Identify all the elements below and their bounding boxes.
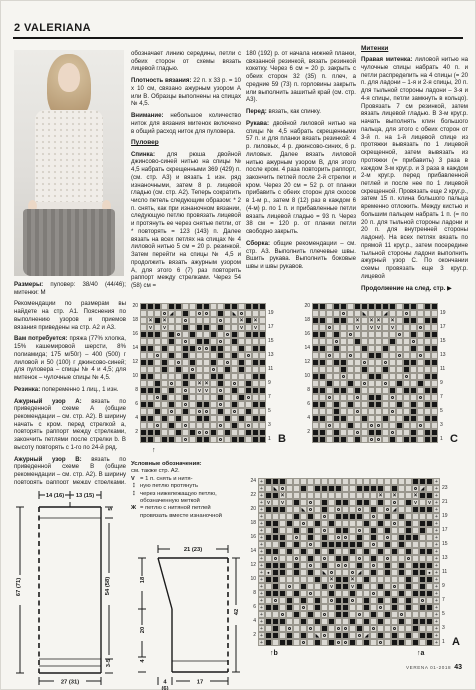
chart-cell [224, 436, 231, 443]
chart-cell: V [375, 324, 382, 331]
chart-cell [168, 303, 175, 310]
chart-cell [426, 520, 433, 527]
chart-cell [398, 506, 405, 513]
chart-cell [231, 373, 238, 380]
chart-cell [210, 324, 217, 331]
chart-cell: + [258, 576, 265, 583]
chart-cell [321, 541, 328, 548]
chart-cell [245, 338, 252, 345]
chart-cell [319, 422, 326, 429]
chart-cell [349, 478, 356, 485]
chart-cell [389, 352, 396, 359]
chart-cell [398, 513, 405, 520]
chart-cell: + [433, 534, 440, 541]
chart-cell [224, 422, 231, 429]
chart-cell [370, 520, 377, 527]
chart-cell [231, 429, 238, 436]
chart-cell [405, 527, 412, 534]
chart-cell [356, 590, 363, 597]
dim-shoulder: 14 (16) [46, 493, 64, 499]
chart-cell [410, 380, 417, 387]
chart-cell [326, 436, 333, 443]
chart-cell [326, 310, 333, 317]
chart-cell [182, 436, 189, 443]
chart-cell [391, 583, 398, 590]
chart-cell [398, 492, 405, 499]
chart-cell [347, 366, 354, 373]
chart-cell [377, 534, 384, 541]
chart-cell [328, 506, 335, 513]
chart-cell [384, 492, 391, 499]
chart-cell [286, 541, 293, 548]
chart-cell [361, 380, 368, 387]
chart-cell [370, 548, 377, 555]
chart-cell [286, 639, 293, 646]
chart-cell [286, 513, 293, 520]
chart-cell: + [258, 639, 265, 646]
chart-cell [391, 569, 398, 576]
chart-cell [217, 338, 224, 345]
chart-cell [259, 387, 266, 394]
chart-cell [335, 492, 342, 499]
chart-cell: + [258, 632, 265, 639]
chart-cell [398, 597, 405, 604]
chart-cell [396, 408, 403, 415]
chart-cell [349, 632, 356, 639]
chart-cell [182, 310, 189, 317]
chart-cell [161, 429, 168, 436]
chart-cell [419, 639, 426, 646]
chart-cell [321, 618, 328, 625]
chart-cell [259, 436, 266, 443]
chart-cell [405, 639, 412, 646]
chart-cell [245, 317, 252, 324]
chart-cell [333, 394, 340, 401]
chart-cell [377, 618, 384, 625]
chart-cell [340, 352, 347, 359]
paragraph-attention: Внимание: небольшое количество ниток для… [131, 112, 241, 135]
legend-line: ⋮ную петлю протянуть [131, 483, 244, 490]
chart-cell [147, 310, 154, 317]
chart-cell [314, 576, 321, 583]
chart-cell [300, 618, 307, 625]
chart-cell [168, 380, 175, 387]
chart-cell [245, 324, 252, 331]
chart-cell [403, 380, 410, 387]
chart-cell [417, 324, 424, 331]
chart-cell [382, 345, 389, 352]
chart-cell [312, 338, 319, 345]
dim-sleeve-bottom-left2: (6) [161, 686, 168, 690]
chart-cell [403, 359, 410, 366]
chart-label-b: B [278, 433, 286, 445]
chart-cell: + [258, 569, 265, 576]
chart-cell: ● [265, 569, 272, 576]
chart-cell [389, 387, 396, 394]
chart-cell [224, 394, 231, 401]
chart-cell [245, 415, 252, 422]
chart-cell [361, 394, 368, 401]
chart-cell: ● [426, 569, 433, 576]
chart-cell [419, 583, 426, 590]
chart-cell [375, 408, 382, 415]
chart-cell [349, 527, 356, 534]
chart-cell [431, 310, 438, 317]
chart-cell [403, 352, 410, 359]
chart-cell [333, 408, 340, 415]
chart-cell [231, 415, 238, 422]
chart-cell [384, 604, 391, 611]
chart-cell: ◢ [391, 506, 398, 513]
chart-cell [342, 604, 349, 611]
chart-cell [335, 506, 342, 513]
chart-cell [377, 576, 384, 583]
chart-cell [203, 408, 210, 415]
chart-cell [245, 401, 252, 408]
chart-cell [424, 429, 431, 436]
chart-cell [412, 485, 419, 492]
chart-cell [340, 359, 347, 366]
chart-cell [410, 331, 417, 338]
chart-cell [286, 604, 293, 611]
chart-cell [175, 366, 182, 373]
chart-cell [140, 338, 147, 345]
chart-cell [391, 639, 398, 646]
chart-cell [389, 380, 396, 387]
chart-cell [377, 604, 384, 611]
chart-cell [154, 317, 161, 324]
legend-symbol [131, 513, 140, 520]
chart-cell [252, 408, 259, 415]
chart-cell [347, 415, 354, 422]
chart-cell [356, 583, 363, 590]
chart-cell [154, 366, 161, 373]
chart-cell [217, 415, 224, 422]
chart-cell [419, 520, 426, 527]
chart-cell [333, 303, 340, 310]
chart-cell [342, 541, 349, 548]
chart-cell [419, 548, 426, 555]
chart-cell [347, 345, 354, 352]
chart-cell [321, 485, 328, 492]
chart-cell [333, 415, 340, 422]
chart-cell [396, 436, 403, 443]
chart-cell [196, 345, 203, 352]
chart-cell [203, 401, 210, 408]
chart-cell [279, 618, 286, 625]
chart-cell [272, 639, 279, 646]
chart-cell [426, 597, 433, 604]
chart-cell [340, 394, 347, 401]
chart-cell [398, 583, 405, 590]
chart-cell [314, 604, 321, 611]
chart-cell [259, 310, 266, 317]
rapport-arrow: ↑ [152, 447, 156, 454]
chart-cell [349, 492, 356, 499]
chart-cell [217, 387, 224, 394]
chart-cell [175, 380, 182, 387]
chart-cell [293, 639, 300, 646]
chart-cell [265, 527, 272, 534]
chart-cell [300, 590, 307, 597]
chart-cell [286, 597, 293, 604]
chart-cell [189, 359, 196, 366]
chart-cell [231, 401, 238, 408]
chart-cell [398, 555, 405, 562]
paragraph-sizes: Размеры: пуловер: 38/40 (44/46); митенки… [14, 281, 126, 296]
magazine-page: 2 VALERIANA Размеры: пуловер: 38/40 (44/… [0, 0, 476, 690]
chart-cell [335, 632, 342, 639]
chart-cell [182, 429, 189, 436]
chart-cell: × [196, 380, 203, 387]
chart-cell [272, 583, 279, 590]
chart-cell [424, 366, 431, 373]
chart-cell [217, 366, 224, 373]
dim-width: 27 (31) [61, 680, 79, 686]
chart-cell [335, 555, 342, 562]
magazine-name: VERENA 01-2018 [406, 665, 451, 670]
chart-cell [342, 534, 349, 541]
chart-cell [349, 562, 356, 569]
chart-cell [340, 324, 347, 331]
chart-cell [389, 331, 396, 338]
chart-cell [384, 513, 391, 520]
chart-cell [182, 366, 189, 373]
chart-cell [252, 436, 259, 443]
chart-cell: + [258, 604, 265, 611]
chart-cell [319, 429, 326, 436]
chart-cell [403, 415, 410, 422]
chart-cell: × [238, 317, 245, 324]
chart-cell [363, 485, 370, 492]
chart-cell [356, 520, 363, 527]
chart-cell [410, 373, 417, 380]
chart-cell [333, 345, 340, 352]
chart-cell: ◢ [363, 632, 370, 639]
chart-cell [265, 639, 272, 646]
chart-cell [396, 359, 403, 366]
chart-cell [279, 555, 286, 562]
chart-cell [286, 548, 293, 555]
chart-cell [356, 534, 363, 541]
chart-cell [182, 408, 189, 415]
chart-cell [252, 422, 259, 429]
chart-cell [412, 576, 419, 583]
chart-cell [349, 618, 356, 625]
chart-cell [384, 534, 391, 541]
chart-cell [161, 408, 168, 415]
chart-cell: ◣ [272, 485, 279, 492]
chart-cell: × [377, 492, 384, 499]
chart-cell [340, 401, 347, 408]
chart-cell [342, 506, 349, 513]
chart-cell [175, 373, 182, 380]
chart-cell [307, 576, 314, 583]
chart-cell [389, 429, 396, 436]
chart-cell [300, 492, 307, 499]
chart-cell [168, 436, 175, 443]
schematic-body: 14 (16) 13 (15) 67 (71) 5 54 (58) 3-5 27… [6, 487, 131, 687]
chart-cell [363, 534, 370, 541]
chart-cell [368, 310, 375, 317]
chart-cell [161, 387, 168, 394]
chart-cell [328, 548, 335, 555]
chart-cell [321, 492, 328, 499]
chart-cell [140, 317, 147, 324]
chart-cell [210, 359, 217, 366]
chart-cell [384, 597, 391, 604]
chart-cell [349, 625, 356, 632]
chart-cell [314, 485, 321, 492]
paragraph-note: Рекомендации по размерам вы найдете на с… [14, 300, 126, 331]
chart-cell [168, 429, 175, 436]
chart-cell [417, 380, 424, 387]
chart-cell [370, 555, 377, 562]
chart-cell [377, 562, 384, 569]
chart-cell [154, 380, 161, 387]
chart-cell [391, 618, 398, 625]
chart-cell [335, 520, 342, 527]
chart-cell [293, 562, 300, 569]
chart-cell [335, 569, 342, 576]
chart-cell [410, 310, 417, 317]
chart-cell [424, 345, 431, 352]
chart-cell [368, 352, 375, 359]
chart-cell [326, 317, 333, 324]
chart-cell [189, 401, 196, 408]
chart-cell [224, 366, 231, 373]
chart-cell [321, 478, 328, 485]
chart-cell [224, 317, 231, 324]
chart-cell [403, 366, 410, 373]
chart-cell [391, 604, 398, 611]
chart-cell [265, 632, 272, 639]
chart-cell [319, 359, 326, 366]
chart-cell: + [258, 597, 265, 604]
chart-cell [431, 408, 438, 415]
chart-cell [333, 401, 340, 408]
chart-cell [384, 590, 391, 597]
chart-cell [279, 625, 286, 632]
chart-cell [384, 485, 391, 492]
chart-cell [238, 380, 245, 387]
chart-cell [161, 352, 168, 359]
chart-cell [293, 506, 300, 513]
chart-cell [265, 506, 272, 513]
page-footer: VERENA 01-201843 [406, 664, 462, 671]
chart-cell [224, 401, 231, 408]
chart-cell [286, 569, 293, 576]
chart-cell [189, 352, 196, 359]
chart-cell: ◣ [361, 310, 368, 317]
chart-cell [140, 408, 147, 415]
chart-cell [168, 394, 175, 401]
chart-cell [333, 324, 340, 331]
chart-cell [398, 541, 405, 548]
chart-cell [356, 527, 363, 534]
chart-cell [412, 555, 419, 562]
chart-cell: + [433, 597, 440, 604]
chart-cell [375, 345, 382, 352]
chart-cell [286, 611, 293, 618]
chart-cell [377, 541, 384, 548]
dim-neck: 13 (15) [76, 493, 94, 499]
chart-cell [319, 317, 326, 324]
chart-cell [356, 492, 363, 499]
chart-cell: ◢ [168, 310, 175, 317]
chart-cell [182, 338, 189, 345]
chart-cell [363, 576, 370, 583]
chart-cell [398, 485, 405, 492]
chart-cell [217, 317, 224, 324]
chart-cell [382, 359, 389, 366]
chart-cell [300, 562, 307, 569]
chart-cell [224, 387, 231, 394]
chart-cell [259, 373, 266, 380]
chart-cell [217, 352, 224, 359]
chart-cell [286, 527, 293, 534]
chart-cell [426, 590, 433, 597]
chart-cell [147, 345, 154, 352]
chart-cell [349, 548, 356, 555]
chart-cell [224, 429, 231, 436]
chart-cell [196, 408, 203, 415]
chart-cell [377, 597, 384, 604]
chart-cell [426, 625, 433, 632]
chart-cell [340, 387, 347, 394]
chart-cell [140, 436, 147, 443]
chart-cell [342, 527, 349, 534]
chart-cell [319, 338, 326, 345]
chart-cell [426, 555, 433, 562]
chart-cell: + [433, 513, 440, 520]
chart-cell [361, 373, 368, 380]
chart-cell [349, 597, 356, 604]
chart-cell [347, 387, 354, 394]
chart-cell [321, 590, 328, 597]
chart-cell [203, 324, 210, 331]
chart-cell [347, 429, 354, 436]
chart-cell [405, 541, 412, 548]
chart-cell [377, 513, 384, 520]
chart-cell [224, 415, 231, 422]
chart-cell [265, 485, 272, 492]
chart-cell [426, 492, 433, 499]
chart-cell [424, 380, 431, 387]
chart-cell [431, 345, 438, 352]
chart-cell [293, 583, 300, 590]
chart-cell [405, 597, 412, 604]
chart-cell [410, 359, 417, 366]
chart-cell [147, 366, 154, 373]
chart-cell [391, 527, 398, 534]
chart-cell [417, 331, 424, 338]
chart-cell [391, 625, 398, 632]
chart-cell [307, 625, 314, 632]
chart-cell [312, 429, 319, 436]
chart-cell [398, 604, 405, 611]
chart-cell [272, 604, 279, 611]
chart-cell [431, 352, 438, 359]
chart-cell [356, 506, 363, 513]
chart-cell [147, 387, 154, 394]
chart-cell [419, 562, 426, 569]
chart-cell [279, 485, 286, 492]
chart-cell [319, 324, 326, 331]
chart-cell [363, 520, 370, 527]
paragraph-materials: Вам потребуется: пряжа (77% хлопка, 15% … [14, 335, 126, 381]
chart-cell [363, 618, 370, 625]
